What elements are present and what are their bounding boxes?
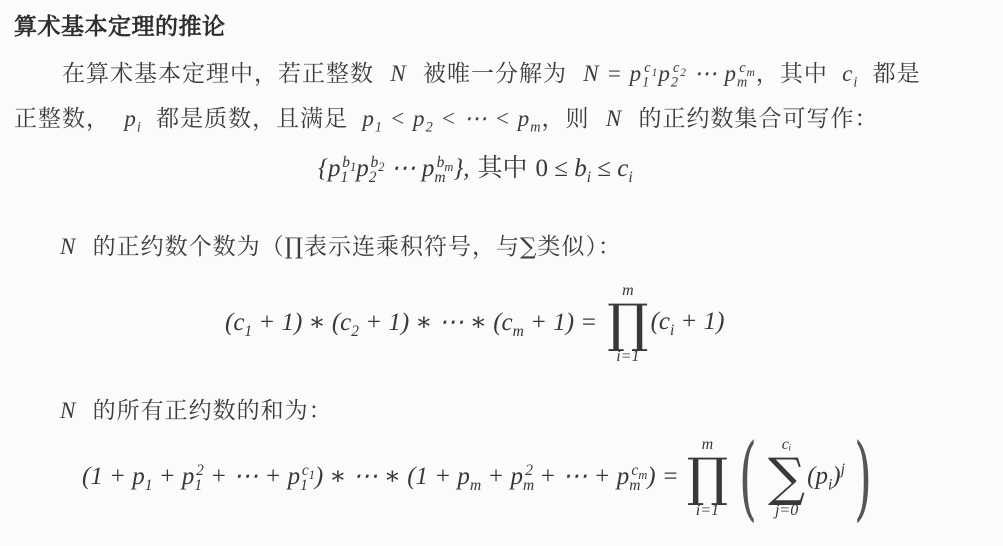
- right-big-paren: ): [854, 432, 872, 524]
- math-N: N: [60, 398, 76, 423]
- math-pi: pi: [124, 106, 141, 131]
- text-segment: 被唯一分解为: [423, 61, 567, 87]
- left-big-paren: (: [739, 432, 757, 524]
- math-N: N: [390, 61, 406, 86]
- divisor-sum-intro: N 的所有正约数的和为：: [60, 392, 333, 425]
- divisor-count-formula: (c1 + 1) ∗ (c2 + 1) ∗ ⋯ ∗ (cm + 1) = m ∏…: [225, 282, 725, 366]
- text-segment: 都是质数，且满足: [156, 106, 348, 132]
- paragraph-line-1: 在算术基本定理中，若正整数 N 被唯一分解为 N = p1c1p2c2 ⋯ pm…: [62, 55, 921, 92]
- text-segment: ，则: [542, 106, 590, 132]
- text-segment: 的正约数个数为（∏表示连乘积符号，与∑类似）：: [93, 234, 622, 260]
- text-segment: ，其中: [756, 61, 828, 87]
- product-operator: m ∏ i=1: [607, 282, 648, 366]
- sum-operator: cᵢ ∑ j=0: [768, 436, 805, 520]
- paragraph-line-2: 正整数， pi 都是质数，且满足 p1 < p2 < ⋯ < pm，则 N 的正…: [14, 100, 879, 137]
- section-title: 算术基本定理的推论: [14, 8, 226, 41]
- text-segment: 的所有正约数的和为：: [93, 398, 333, 424]
- text-segment: 都是: [873, 61, 921, 87]
- math-N: N: [60, 234, 76, 259]
- divisor-count-intro: N 的正约数个数为（∏表示连乘积符号，与∑类似）：: [60, 228, 622, 261]
- divisor-sum-formula: (1 + p1 + p12 + ⋯ + p1c1) ∗ ⋯ ∗ (1 + pm …: [82, 432, 881, 524]
- divisor-set-formula: {p1b1p2b2 ⋯ pmbm}, 其中 0 ≤ bi ≤ ci: [318, 148, 633, 187]
- math-ci: ci: [842, 61, 858, 86]
- math-factorization: N = p1c1p2c2 ⋯ pmcm: [583, 61, 756, 86]
- text-segment: 在算术基本定理中，若正整数: [62, 61, 374, 87]
- text-segment: 其中: [478, 153, 528, 182]
- product-operator: m ∏ i=1: [687, 436, 728, 520]
- math-order: p1 < p2 < ⋯ < pm: [362, 106, 541, 131]
- text-segment: 正整数，: [14, 106, 110, 132]
- math-N: N: [606, 106, 622, 131]
- text-segment: 的正约数集合可写作：: [639, 106, 879, 132]
